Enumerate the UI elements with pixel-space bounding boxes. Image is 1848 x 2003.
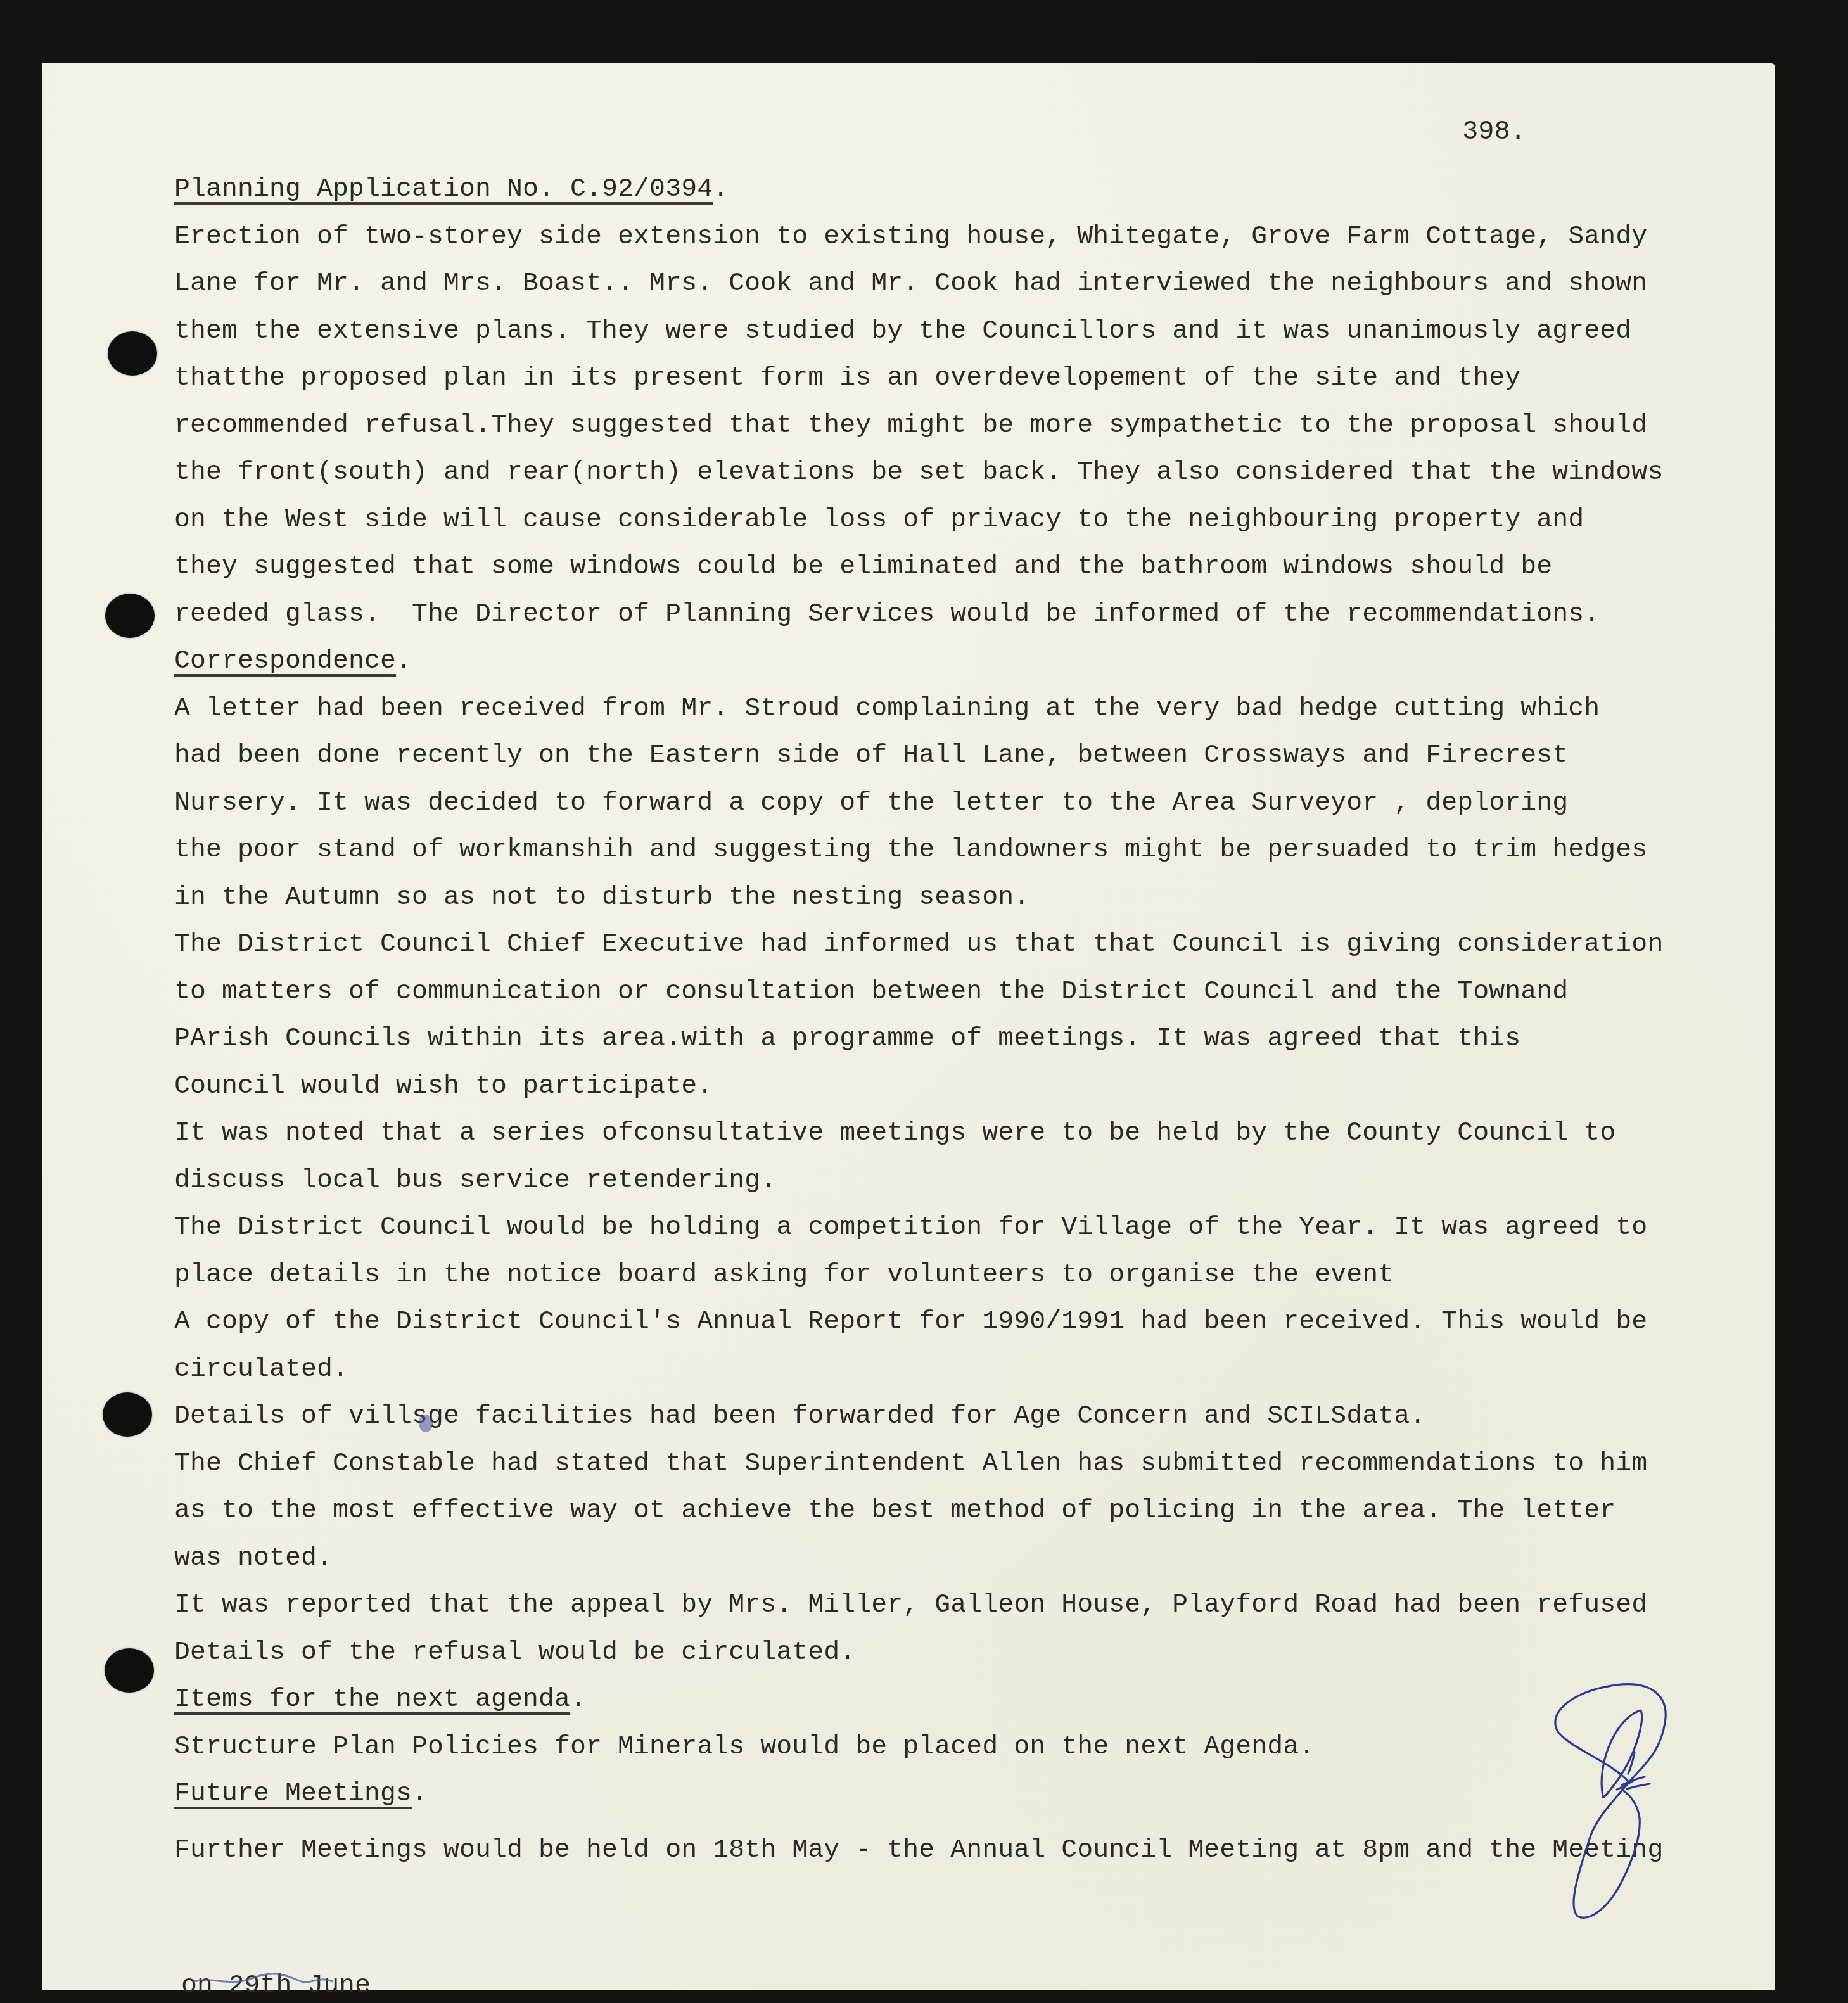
section-heading-text: Items for the next agenda <box>174 1684 570 1714</box>
ink-mark <box>419 1415 433 1432</box>
text-line: recommended refusal.They suggested that … <box>174 402 1720 450</box>
section-heading-suffix: . <box>713 174 729 204</box>
text-line: PArish Councils within its area.with a p… <box>174 1015 1720 1063</box>
section-heading: Items for the next agenda. <box>174 1676 1720 1724</box>
section-heading-suffix: . <box>396 646 412 676</box>
text-line: The District Council Chief Executive had… <box>174 921 1720 969</box>
text-line: Lane for Mr. and Mrs. Boast.. Mrs. Cook … <box>174 260 1720 308</box>
text-line: The Chief Constable had stated that Supe… <box>174 1440 1720 1488</box>
text-line: to matters of communication or consultat… <box>174 969 1720 1016</box>
punch-hole-2 <box>105 594 155 638</box>
text-line: It was reported that the appeal by Mrs. … <box>174 1582 1720 1629</box>
text-line: the poor stand of workmanshih and sugges… <box>174 827 1720 874</box>
section-heading-suffix: . <box>412 1779 428 1809</box>
text-line: Details of villsge facilities had been f… <box>174 1393 1720 1440</box>
text-line: Details of the refusal would be circulat… <box>174 1629 1720 1677</box>
text-line: had been done recently on the Eastern si… <box>174 732 1720 780</box>
text-line: the front(south) and rear(north) elevati… <box>174 449 1720 497</box>
section-heading: Future Meetings. <box>174 1771 1720 1818</box>
text-line: was noted. <box>174 1535 1720 1582</box>
section-heading-text: Correspondence <box>174 646 396 676</box>
text-line: as to the most effective way ot achieve … <box>174 1487 1720 1535</box>
text-line: Further Meetings would be held on 18th M… <box>174 1827 1720 1874</box>
text-line: discuss local bus service retendering. <box>174 1157 1720 1205</box>
section-heading-suffix: . <box>570 1684 586 1714</box>
section-heading: Planning Application No. C.92/0394. <box>174 166 1720 213</box>
text-line: they suggested that some windows could b… <box>174 544 1720 591</box>
text-line: Erection of two-storey side extension to… <box>174 213 1720 261</box>
text-line: Structure Plan Policies for Minerals wou… <box>174 1724 1720 1771</box>
trailing-line: on 29th June <box>181 1970 371 2002</box>
text-line: them the extensive plans. They were stud… <box>174 308 1720 355</box>
section-heading: Correspondence. <box>174 638 1720 685</box>
text-line: Council would wish to participate. <box>174 1063 1720 1110</box>
text-line: circulated. <box>174 1346 1720 1394</box>
text-line: It was noted that a series ofconsultativ… <box>174 1110 1720 1157</box>
text-line: thatthe proposed plan in its present for… <box>174 355 1720 402</box>
page-number: 398. <box>1462 117 1526 147</box>
text-line: A copy of the District Council's Annual … <box>174 1299 1720 1346</box>
text-line: reeded glass. The Director of Planning S… <box>174 591 1720 639</box>
text-line: A letter had been received from Mr. Stro… <box>174 685 1720 733</box>
punch-hole-1 <box>108 331 157 376</box>
text-line: on the West side will cause considerable… <box>174 497 1720 544</box>
section-heading-text: Future Meetings <box>174 1779 412 1809</box>
punch-hole-3 <box>103 1392 152 1437</box>
section-heading-text: Planning Application No. C.92/0394 <box>174 174 713 204</box>
punch-hole-4 <box>105 1648 154 1693</box>
text-line: place details in the notice board asking… <box>174 1252 1720 1299</box>
text-line: The District Council would be holding a … <box>174 1204 1720 1252</box>
text-line: in the Autumn so as not to disturb the n… <box>174 874 1720 922</box>
text-line: Nursery. It was decided to forward a cop… <box>174 780 1720 827</box>
minutes-body: Planning Application No. C.92/0394.Erect… <box>174 166 1720 1874</box>
